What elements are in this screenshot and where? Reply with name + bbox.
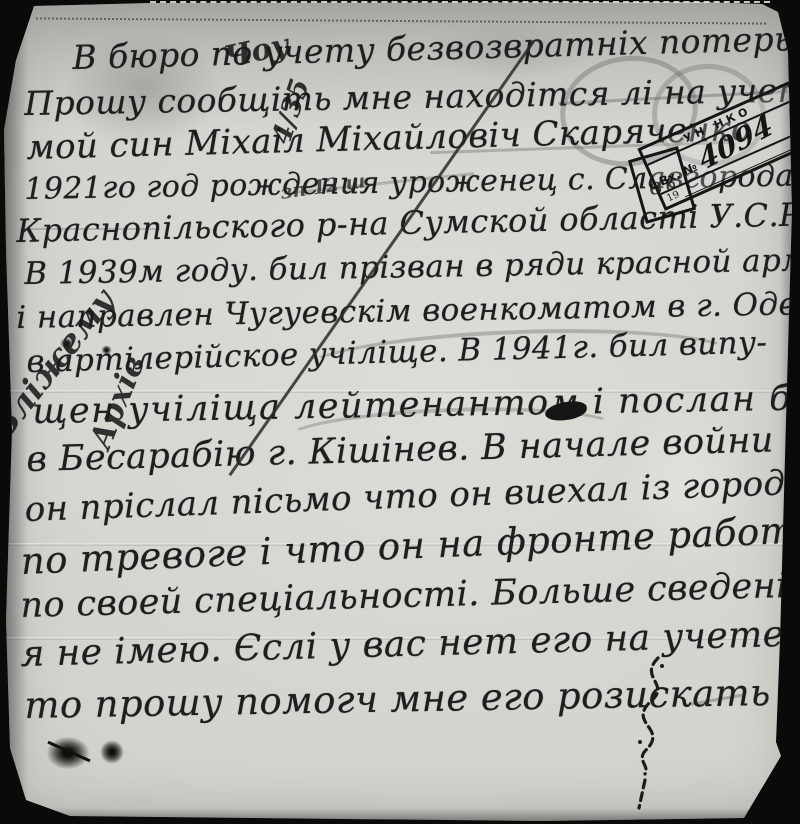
ink-flourish bbox=[618, 652, 688, 812]
paper-hole bbox=[96, 736, 128, 768]
stamp-side-mark: въ bbox=[645, 169, 678, 201]
letter-line: В бюро по учету безвозвратніх потерь bbox=[72, 19, 793, 77]
paper-sheet: В бюро по учету безвозвратніх потерь Про… bbox=[0, 0, 800, 824]
paper-hole bbox=[38, 730, 98, 776]
scanned-document: В бюро по учету безвозвратніх потерь Про… bbox=[0, 0, 800, 824]
letter-line: В 1939м году. бил прізван в ряди красной… bbox=[24, 242, 800, 292]
stamp-year-suffix: г. bbox=[796, 132, 800, 145]
scanner-edge-dashes bbox=[150, 1, 770, 3]
